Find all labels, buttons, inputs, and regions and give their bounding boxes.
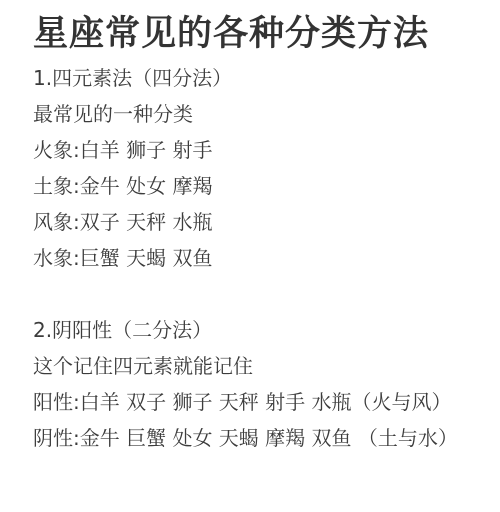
list-item-air: 风象:双子 天秤 水瓶 bbox=[33, 204, 500, 240]
list-item-water: 水象:巨蟹 天蝎 双鱼 bbox=[33, 240, 500, 276]
section-description: 这个记住四元素就能记住 bbox=[33, 348, 500, 384]
section-heading: 2.阴阳性（二分法） bbox=[33, 312, 500, 348]
list-item-fire: 火象:白羊 狮子 射手 bbox=[33, 132, 500, 168]
list-item-yin: 阴性:金牛 巨蟹 处女 天蝎 摩羯 双鱼 （土与水） bbox=[33, 420, 453, 456]
section-heading: 1.四元素法（四分法） bbox=[33, 60, 500, 96]
list-item-earth: 土象:金牛 处女 摩羯 bbox=[33, 168, 500, 204]
article: 星座常见的各种分类方法 1.四元素法（四分法） 最常见的一种分类 火象:白羊 狮… bbox=[33, 0, 500, 456]
section-description: 最常见的一种分类 bbox=[33, 96, 500, 132]
page-title: 星座常见的各种分类方法 bbox=[33, 0, 500, 58]
list-item-yang: 阳性:白羊 双子 狮子 天秤 射手 水瓶（火与风） bbox=[33, 384, 453, 420]
section-yin-yang: 2.阴阳性（二分法） 这个记住四元素就能记住 阳性:白羊 双子 狮子 天秤 射手… bbox=[33, 312, 500, 456]
section-four-elements: 1.四元素法（四分法） 最常见的一种分类 火象:白羊 狮子 射手 土象:金牛 处… bbox=[33, 60, 500, 276]
paragraph-spacer bbox=[33, 276, 500, 312]
